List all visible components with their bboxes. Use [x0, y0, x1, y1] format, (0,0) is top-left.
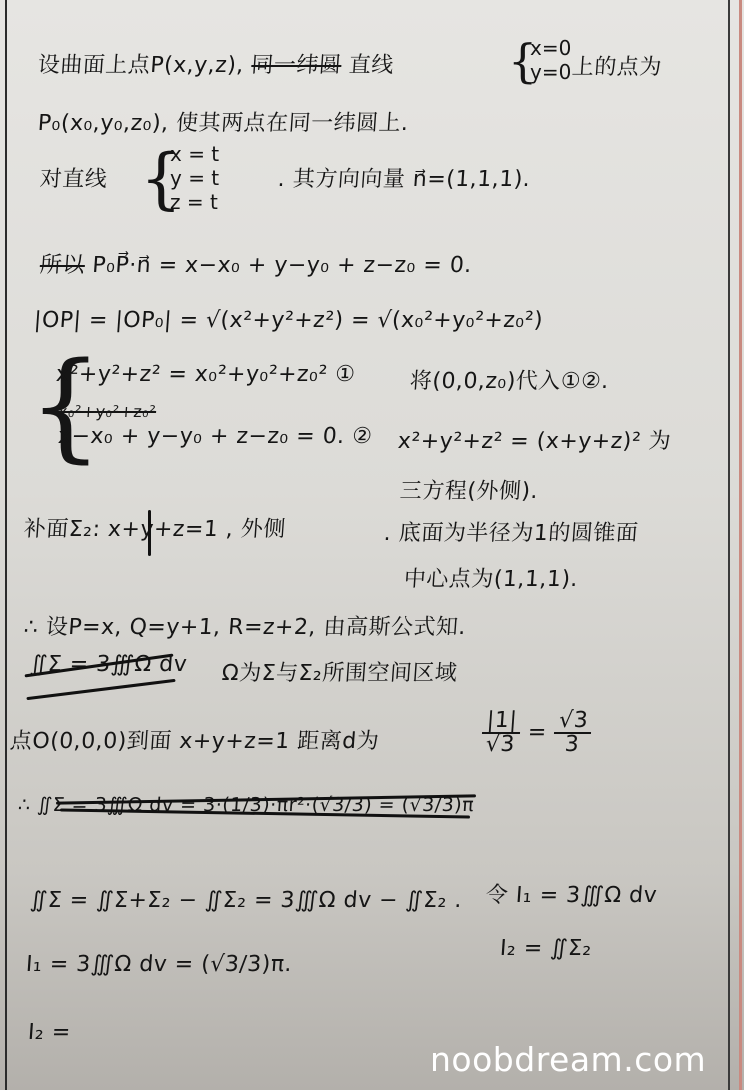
scribble-mark — [148, 510, 151, 556]
line-3-system: x = t y = t z = t — [170, 142, 219, 214]
fraction-numerator: |1| — [482, 710, 522, 734]
line-1-end: 上的点为 — [571, 50, 663, 81]
line-2: P₀(x₀,y₀,z₀), 使其两点在同一纬圆上. — [37, 106, 410, 137]
line-1: 设曲面上点P(x,y,z), 同一纬圆 直线 — [37, 48, 395, 79]
system-eq: y = t — [170, 166, 219, 190]
substitution-note: 将(0,0,z₀)代入①②. — [409, 364, 610, 395]
line-6: 补面Σ₂: x+y+z=1 , 外侧 — [23, 512, 287, 543]
equals-sign: = — [527, 720, 548, 745]
left-margin-line — [5, 0, 7, 1090]
system-eq-y: y=0 — [530, 60, 571, 84]
right-margin-line — [728, 0, 730, 1090]
fraction-denominator: √3 — [480, 734, 520, 756]
line-4-strikethrough: 所以 — [39, 253, 86, 278]
fraction-denominator: 3 — [553, 734, 592, 756]
line-1-system: x=0 y=0 — [530, 36, 571, 84]
system-eq-x: x=0 — [530, 36, 571, 60]
line-9: 点O(0,0,0)到面 x+y+z=1 距离d为 — [9, 724, 380, 755]
fraction: |1| √3 — [480, 710, 522, 756]
note-i1-definition: 令 I₁ = 3∭Ω dv — [485, 878, 658, 909]
line-12: I₁ = 3∭Ω dv = (√3/3)π. — [25, 952, 293, 977]
fraction: √3 3 — [553, 710, 593, 756]
fraction-numerator: √3 — [554, 710, 593, 734]
system-strikethrough: x₀²+y₀²+z₀² — [57, 402, 156, 421]
line-3-suffix: . 其方向向量 n⃗=(1,1,1). — [277, 162, 532, 193]
line-6-right-2: 中心点为(1,1,1). — [403, 562, 579, 593]
line-7: ∴ 设P=x, Q=y+1, R=z+2, 由高斯公式知. — [23, 610, 467, 641]
line-4-text: P₀P⃗·n⃗ = x−x₀ + y−y₀ + z−z₀ = 0. — [92, 253, 473, 278]
line-5: |OP| = |OP₀| = √(x²+y²+z²) = √(x₀²+y₀²+z… — [33, 308, 544, 333]
system-eq-1: x²+y²+z² = x₀²+y₀²+z₀² ① — [55, 362, 356, 387]
watermark: noobdream.com — [430, 1040, 706, 1079]
line-4: 所以 P₀P⃗·n⃗ = x−x₀ + y−y₀ + z−z₀ = 0. — [39, 248, 473, 279]
distance-expression: |1| √3 = √3 3 — [480, 710, 592, 756]
note-i2-definition: I₂ = ∬Σ₂ — [499, 936, 593, 961]
system-eq: x = t — [170, 142, 219, 166]
substitution-result: x²+y²+z² = (x+y+z)² 为 — [397, 424, 672, 455]
line-1-text: 设曲面上点P(x,y,z), — [37, 53, 245, 78]
line-1-strikethrough: 同一纬圆 — [250, 53, 342, 78]
line-6-right: . 底面为半径为1的圆锥面 — [383, 516, 640, 547]
line-3-prefix: 对直线 — [39, 162, 109, 193]
line-13: I₂ = — [27, 1020, 71, 1045]
line-8: Ω为Σ与Σ₂所围空间区域 — [221, 656, 459, 687]
line-11: ∬Σ = ∬Σ+Σ₂ − ∬Σ₂ = 3∭Ω dv − ∬Σ₂ . — [29, 888, 463, 913]
system-eq: z = t — [170, 190, 219, 214]
system-eq-2: x−x₀ + y−y₀ + z−z₀ = 0. ② — [57, 424, 373, 449]
page-edge — [739, 0, 742, 1090]
line-1-after: 直线 — [348, 53, 395, 78]
substitution-result-2: 三方程(外侧). — [399, 474, 539, 505]
